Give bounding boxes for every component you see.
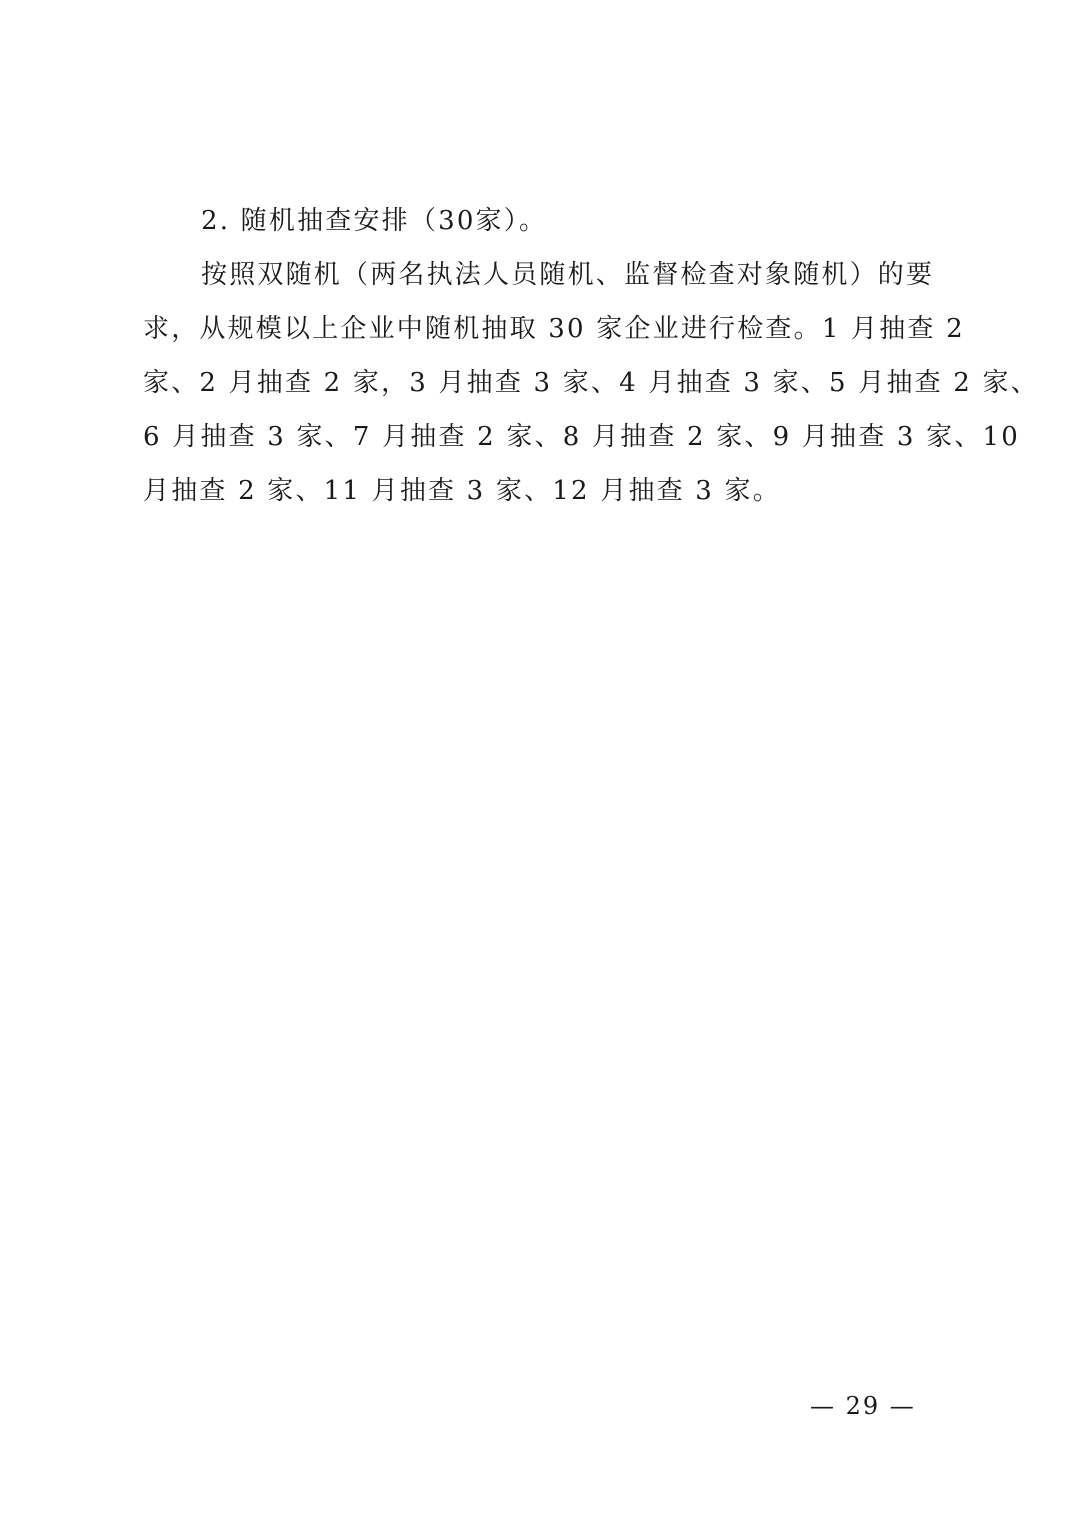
section-heading: 2. 随机抽查安排（30家）。 [143, 194, 943, 248]
document-page: 2. 随机抽查安排（30家）。 按照双随机（两名执法人员随机、监督检查对象随机）… [0, 0, 1074, 1520]
paragraph-line: 6 月抽查 3 家、7 月抽查 2 家、8 月抽查 2 家、9 月抽查 3 家、… [143, 410, 943, 464]
paragraph-line: 月抽查 2 家、11 月抽查 3 家、12 月抽查 3 家。 [143, 464, 943, 518]
paragraph-line: 家、2 月抽查 2 家，3 月抽查 3 家、4 月抽查 3 家、5 月抽查 2 … [143, 356, 943, 410]
paragraph-line: 按照双随机（两名执法人员随机、监督检查对象随机）的要 [143, 248, 943, 302]
document-body: 2. 随机抽查安排（30家）。 按照双随机（两名执法人员随机、监督检查对象随机）… [143, 194, 943, 518]
page-number: — 29 — [810, 1392, 916, 1420]
paragraph-line: 求，从规模以上企业中随机抽取 30 家企业进行检查。1 月抽查 2 [143, 302, 943, 356]
